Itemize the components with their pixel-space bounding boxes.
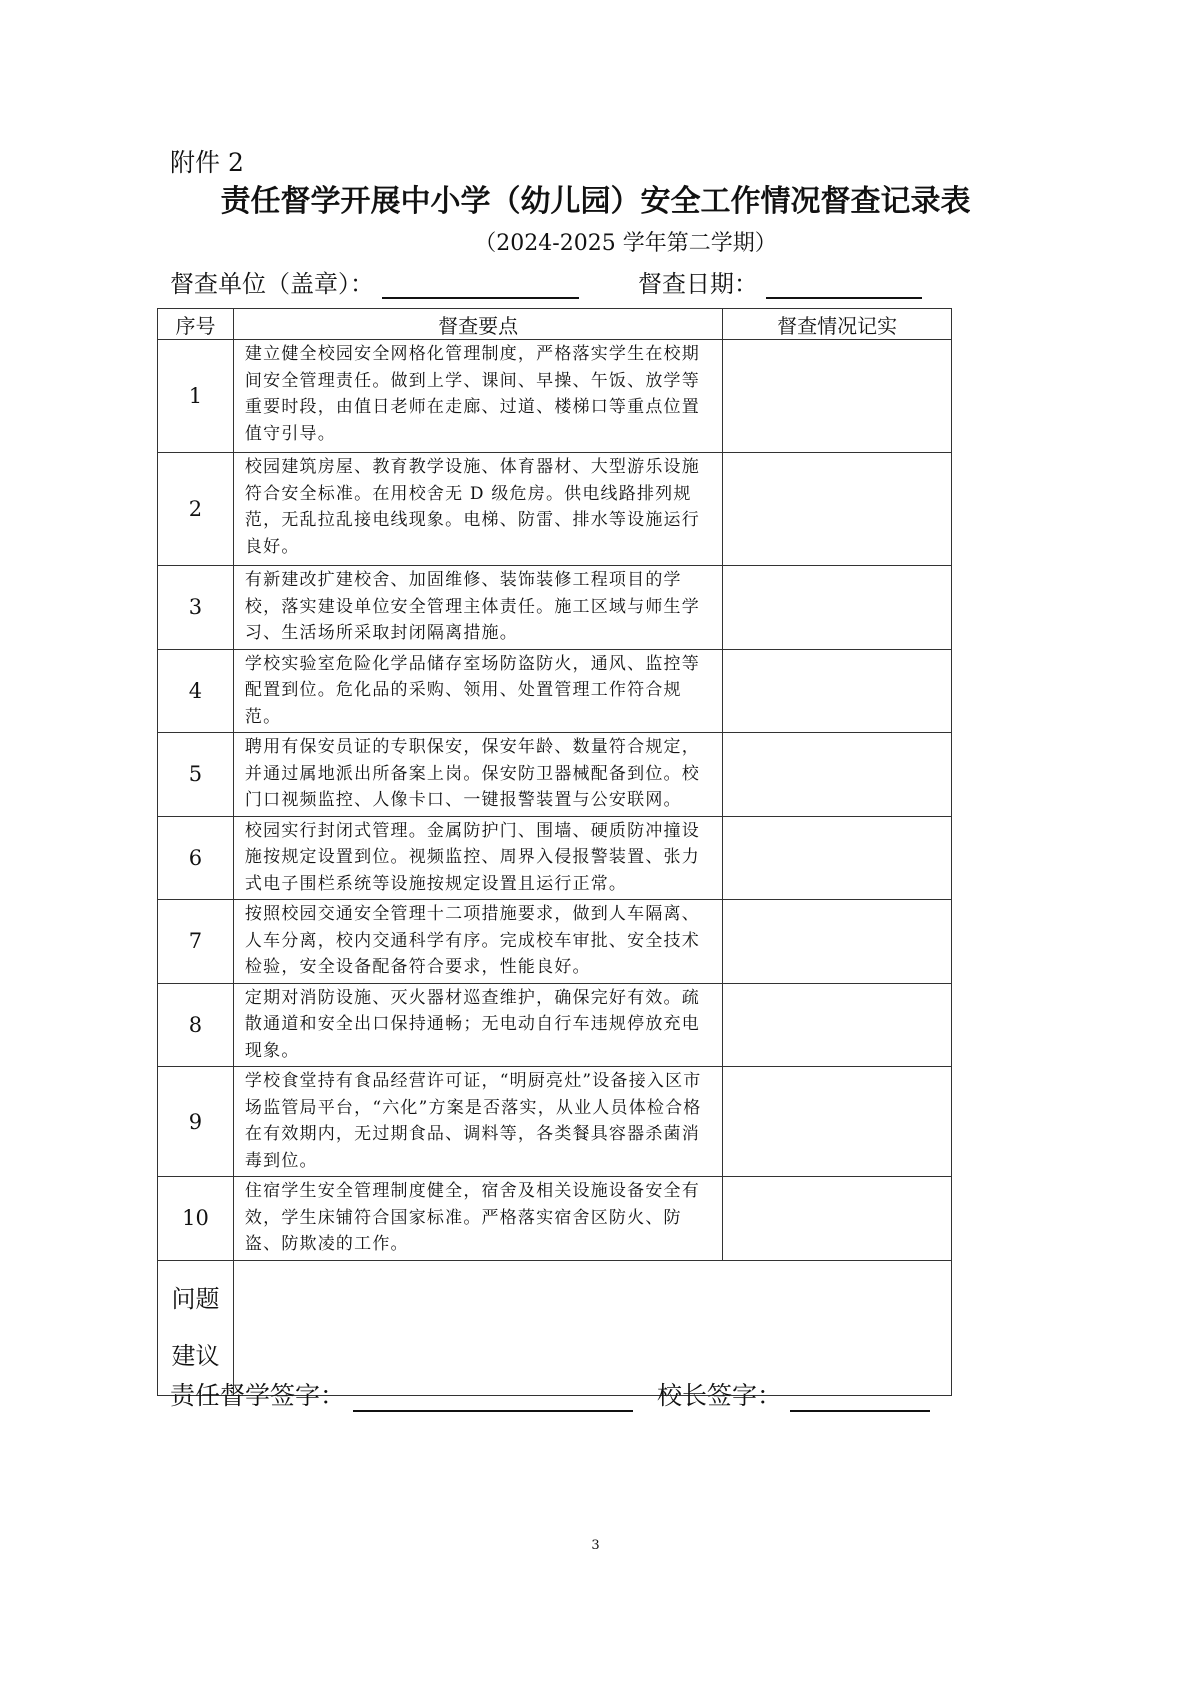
- inspection-point: 校园实行封闭式管理。金属防护门、围墙、硬质防冲撞设施按规定设置到位。视频监控、周…: [233, 816, 722, 900]
- row-number: 1: [158, 340, 234, 453]
- inspection-point: 住宿学生安全管理制度健全，宿舍及相关设施设备安全有效，学生床铺符合国家标准。严格…: [233, 1177, 722, 1261]
- record-cell[interactable]: [723, 900, 952, 984]
- inspection-point: 学校食堂持有食品经营许可证，“明厨亮灶”设备接入区市场监管局平台，“六化”方案是…: [233, 1067, 722, 1177]
- inspection-point: 有新建改扩建校舍、加固维修、装饰装修工程项目的学校，落实建设单位安全管理主体责任…: [233, 566, 722, 650]
- inspection-point: 学校实验室危险化学品储存室场防盗防火，通风、监控等配置到位。危化品的采购、领用、…: [233, 649, 722, 733]
- table-row: 4 学校实验室危险化学品储存室场防盗防火，通风、监控等配置到位。危化品的采购、领…: [158, 649, 952, 733]
- principal-signature-field: 校长签字：: [657, 1376, 930, 1412]
- principal-signature-input[interactable]: [790, 1380, 930, 1412]
- inspector-signature-label: 责任督学签字：: [170, 1376, 345, 1412]
- record-cell[interactable]: [723, 816, 952, 900]
- principal-signature-label: 校长签字：: [657, 1376, 782, 1412]
- document-title: 责任督学开展中小学（幼儿园）安全工作情况督查记录表: [0, 176, 1191, 220]
- row-number: 2: [158, 453, 234, 566]
- table-row: 9 学校食堂持有食品经营许可证，“明厨亮灶”设备接入区市场监管局平台，“六化”方…: [158, 1067, 952, 1177]
- record-cell[interactable]: [723, 453, 952, 566]
- row-number: 7: [158, 900, 234, 984]
- table-row: 3 有新建改扩建校舍、加固维修、装饰装修工程项目的学校，落实建设单位安全管理主体…: [158, 566, 952, 650]
- table-row: 8 定期对消防设施、灭火器材巡查维护，确保完好有效。疏散通道和安全出口保持通畅；…: [158, 983, 952, 1067]
- table-row: 6 校园实行封闭式管理。金属防护门、围墙、硬质防冲撞设施按规定设置到位。视频监控…: [158, 816, 952, 900]
- record-cell[interactable]: [723, 1177, 952, 1261]
- row-number: 10: [158, 1177, 234, 1261]
- inspection-point: 定期对消防设施、灭火器材巡查维护，确保完好有效。疏散通道和安全出口保持通畅；无电…: [233, 983, 722, 1067]
- column-header-points: 督查要点: [233, 309, 722, 340]
- row-number: 6: [158, 816, 234, 900]
- inspection-unit-field: 督查单位（盖章）：: [170, 264, 579, 299]
- record-cell[interactable]: [723, 1067, 952, 1177]
- inspection-unit-label: 督查单位（盖章）：: [170, 264, 374, 299]
- inspection-date-input[interactable]: [766, 269, 922, 299]
- row-number: 4: [158, 649, 234, 733]
- inspection-point: 校园建筑房屋、教育教学设施、体育器材、大型游乐设施符合安全标准。在用校舍无 D …: [233, 453, 722, 566]
- column-header-no: 序号: [158, 309, 234, 340]
- document-subtitle: （2024-2025 学年第二学期）: [0, 226, 1191, 257]
- row-number: 3: [158, 566, 234, 650]
- inspection-date-field: 督查日期：: [638, 264, 922, 299]
- row-number: 9: [158, 1067, 234, 1177]
- table-row: 2 校园建筑房屋、教育教学设施、体育器材、大型游乐设施符合安全标准。在用校舍无 …: [158, 453, 952, 566]
- issues-label-line1: 问题: [158, 1271, 233, 1328]
- inspection-point: 按照校园交通安全管理十二项措施要求，做到人车隔离、人车分离，校内交通科学有序。完…: [233, 900, 722, 984]
- inspection-point: 建立健全校园安全网格化管理制度，严格落实学生在校期间安全管理责任。做到上学、课间…: [233, 340, 722, 453]
- record-cell[interactable]: [723, 340, 952, 453]
- inspection-point: 聘用有保安员证的专职保安，保安年龄、数量符合规定，并通过属地派出所备案上岗。保安…: [233, 733, 722, 817]
- table-row: 1 建立健全校园安全网格化管理制度，严格落实学生在校期间安全管理责任。做到上学、…: [158, 340, 952, 453]
- table-row: 7 按照校园交通安全管理十二项措施要求，做到人车隔离、人车分离，校内交通科学有序…: [158, 900, 952, 984]
- inspection-date-label: 督查日期：: [638, 264, 758, 299]
- inspector-signature-field: 责任督学签字：: [170, 1376, 633, 1412]
- record-cell[interactable]: [723, 733, 952, 817]
- issues-row: 问题 建议: [158, 1260, 952, 1395]
- inspection-unit-input[interactable]: [382, 269, 579, 299]
- table-header-row: 序号 督查要点 督查情况记实: [158, 309, 952, 340]
- table-row: 10 住宿学生安全管理制度健全，宿舍及相关设施设备安全有效，学生床铺符合国家标准…: [158, 1177, 952, 1261]
- inspector-signature-input[interactable]: [353, 1380, 633, 1412]
- row-number: 5: [158, 733, 234, 817]
- record-cell[interactable]: [723, 566, 952, 650]
- page-number: 3: [0, 1538, 1191, 1553]
- record-cell[interactable]: [723, 983, 952, 1067]
- attachment-label: 附件 2: [170, 143, 244, 179]
- column-header-record: 督查情况记实: [723, 309, 952, 340]
- row-number: 8: [158, 983, 234, 1067]
- record-cell[interactable]: [723, 649, 952, 733]
- issues-suggestions-label: 问题 建议: [158, 1260, 234, 1395]
- issues-suggestions-field[interactable]: [233, 1260, 951, 1395]
- table-row: 5 聘用有保安员证的专职保安，保安年龄、数量符合规定，并通过属地派出所备案上岗。…: [158, 733, 952, 817]
- inspection-record-table: 序号 督查要点 督查情况记实 1 建立健全校园安全网格化管理制度，严格落实学生在…: [157, 308, 952, 1396]
